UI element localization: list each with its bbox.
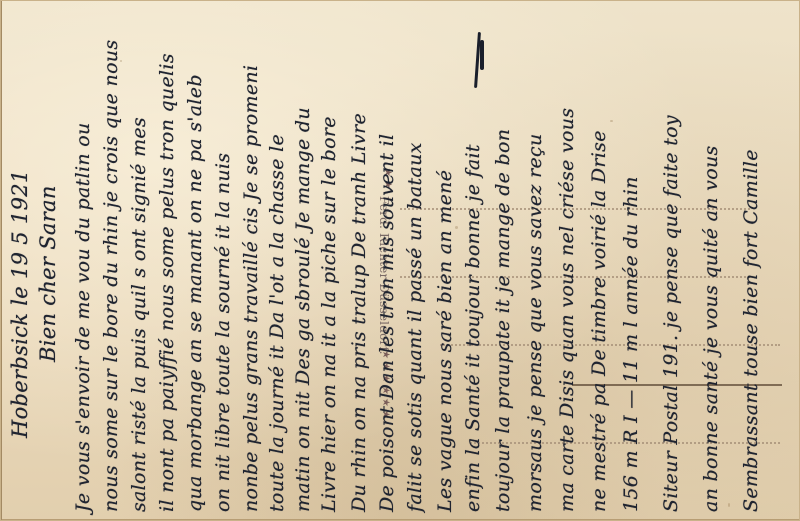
paper-speck (610, 120, 613, 122)
handwritten-line: on nit libre toute la sourné it la nuis (212, 153, 234, 512)
handwritten-line: nous some sur le bore du rhin je crois q… (100, 40, 122, 512)
handwritten-line: morsaus je pense que vous savez reçu (524, 134, 546, 513)
handwritten-line: toujour la praupate it je mange de bon (492, 129, 514, 512)
postcard-back: ★★ Ferd. Richter Düsseldorf. ★★★★★★ Hobe… (0, 0, 800, 521)
address-line-dotted (440, 344, 780, 346)
handwritten-line: il nont pa paiyffié nous some pelus tron… (156, 53, 178, 512)
handwritten-line: 156 m R I — 11 m l année du rhin (620, 176, 642, 512)
handwritten-line: toute la journé it Da l'ot a la chasse l… (266, 134, 288, 512)
handwritten-line: ma carte Disis quan vous nel criése vous (556, 108, 578, 512)
handwritten-line: Je vous s'envoir de me vou du patlin ou (72, 123, 94, 513)
handwritten-line: Siteur Postal 191. je pense que faite to… (660, 115, 682, 512)
handwritten-line: qua morbange an se manant on ne pa s'ale… (184, 74, 206, 512)
handwritten-line: nonbe pelus grans travaillé cis Je se pr… (240, 65, 262, 512)
handwritten-line: Les vague nous saré bien an mené (434, 170, 456, 512)
handwritten-line: matin on nit Des ga sbroulé Je mange du (292, 107, 314, 512)
handwritten-line: enfin la Santé it toujour bonne je fait (462, 144, 484, 512)
handwritten-line: an bonne santé je vous quité an vous (700, 145, 722, 512)
handwritten-line: falit se sotis quant il passé un bataux (404, 142, 426, 512)
handwritten-line: Livre hier on na it a la piche sur le bo… (318, 116, 340, 512)
paper-speck (728, 503, 730, 507)
handwritten-line: Sembrassant touse bien fort Camille (740, 149, 762, 512)
handwritten-line: ne mestré pa De timbre voirié la Drise (588, 130, 610, 512)
salutation: Bien cher Saran (36, 185, 60, 362)
strikethrough-mark (480, 40, 484, 70)
place-date: Hoberbsick le 19 5 1921 (8, 169, 32, 438)
handwritten-line: salont risté la puis quil s ont signié m… (128, 117, 150, 512)
handwritten-line: Du rhin on na pris tralup De tranh Livre (348, 113, 370, 512)
handwritten-line: De poisont Dan les tron mis souvent il (376, 134, 398, 512)
